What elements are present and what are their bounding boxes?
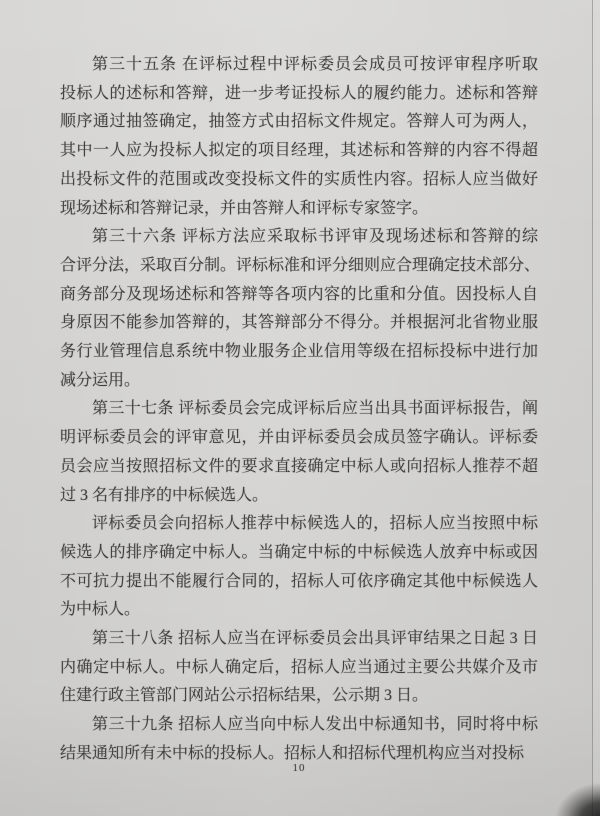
text-line: 顺序通过抽签确定，抽签方式由招标文件规定。答辩人可为两人，: [60, 108, 538, 137]
text-line: 不可抗力提出不能履行合同的，招标人可依序确定其他中标候选人: [60, 568, 538, 597]
text-line: 内确定中标人。中标人确定后，招标人应当通过主要公共媒介及市: [60, 654, 538, 683]
text-block: 第三十五条 在评标过程中评标委员会成员可按评审程序听取投标人的述标和答辩，进一步…: [60, 51, 538, 769]
text-line: 合评分法，采取百分制。评标标准和评分细则应合理确定技术部分、: [60, 252, 538, 281]
text-line: 第三十五条 在评标过程中评标委员会成员可按评审程序听取: [60, 51, 538, 80]
text-line: 务行业管理信息系统中物业服务企业信用等级在招标投标中进行加: [60, 338, 538, 367]
text-line: 商务部分及现场述标和答辩等各项内容的比重和分值。因投标人自: [60, 281, 538, 310]
text-line: 评标委员会向招标人推荐中标候选人的，招标人应当按照中标: [60, 510, 538, 539]
article-38: 第三十八条 招标人应当在评标委员会出具评审结果之日起 3 日内确定中标人。中标人…: [60, 625, 538, 711]
text-line: 投标人的述标和答辩，进一步考证投标人的履约能力。述标和答辩: [60, 80, 538, 109]
scanned-document-page: 第三十五条 在评标过程中评标委员会成员可按评审程序听取投标人的述标和答辩，进一步…: [0, 0, 600, 816]
article-37: 第三十七条 评标委员会完成评标后应当出具书面评标报告，阐明评标委员会的评审意见，…: [60, 395, 538, 510]
article-39: 第三十九条 招标人应当向中标人发出中标通知书，同时将中标结果通知所有未中标的投标…: [60, 711, 538, 768]
text-line: 现场述标和答辩记录，并由答辩人和评标专家签字。: [60, 195, 538, 224]
text-line: 第三十六条 评标方法应采取标书评审及现场述标和答辩的综: [60, 223, 538, 252]
scan-edge-strip: [593, 0, 600, 816]
text-line: 第三十九条 招标人应当向中标人发出中标通知书，同时将中标: [60, 711, 538, 740]
text-line: 其中一人应为投标人拟定的项目经理，其述标和答辩的内容不得超: [60, 137, 538, 166]
page-number: 10: [60, 762, 538, 774]
text-line: 过 3 名有排序的中标候选人。: [60, 482, 538, 511]
article-35: 第三十五条 在评标过程中评标委员会成员可按评审程序听取投标人的述标和答辩，进一步…: [60, 51, 538, 223]
text-line: 明评标委员会的评审意见，并由评标委员会成员签字确认。评标委: [60, 424, 538, 453]
scan-edge-line: [592, 0, 593, 816]
article-36: 第三十六条 评标方法应采取标书评审及现场述标和答辩的综合评分法，采取百分制。评标…: [60, 223, 538, 395]
text-line: 候选人的排序确定中标人。当确定中标的中标候选人放弃中标或因: [60, 539, 538, 568]
text-line: 减分运用。: [60, 367, 538, 396]
text-line: 出投标文件的范围或改变投标文件的实质性内容。招标人应当做好: [60, 166, 538, 195]
article-37-paragraph-2: 评标委员会向招标人推荐中标候选人的，招标人应当按照中标候选人的排序确定中标人。当…: [60, 510, 538, 625]
text-line: 身原因不能参加答辩的，其答辩部分不得分。并根据河北省物业服: [60, 309, 538, 338]
corner-shadow: [536, 764, 600, 816]
text-line: 住建行政主管部门网站公示招标结果，公示期 3 日。: [60, 682, 538, 711]
text-line: 为中标人。: [60, 596, 538, 625]
text-line: 第三十七条 评标委员会完成评标后应当出具书面评标报告，阐: [60, 395, 538, 424]
text-line: 员会应当按照招标文件的要求直接确定中标人或向招标人推荐不超: [60, 453, 538, 482]
text-line: 第三十八条 招标人应当在评标委员会出具评审结果之日起 3 日: [60, 625, 538, 654]
